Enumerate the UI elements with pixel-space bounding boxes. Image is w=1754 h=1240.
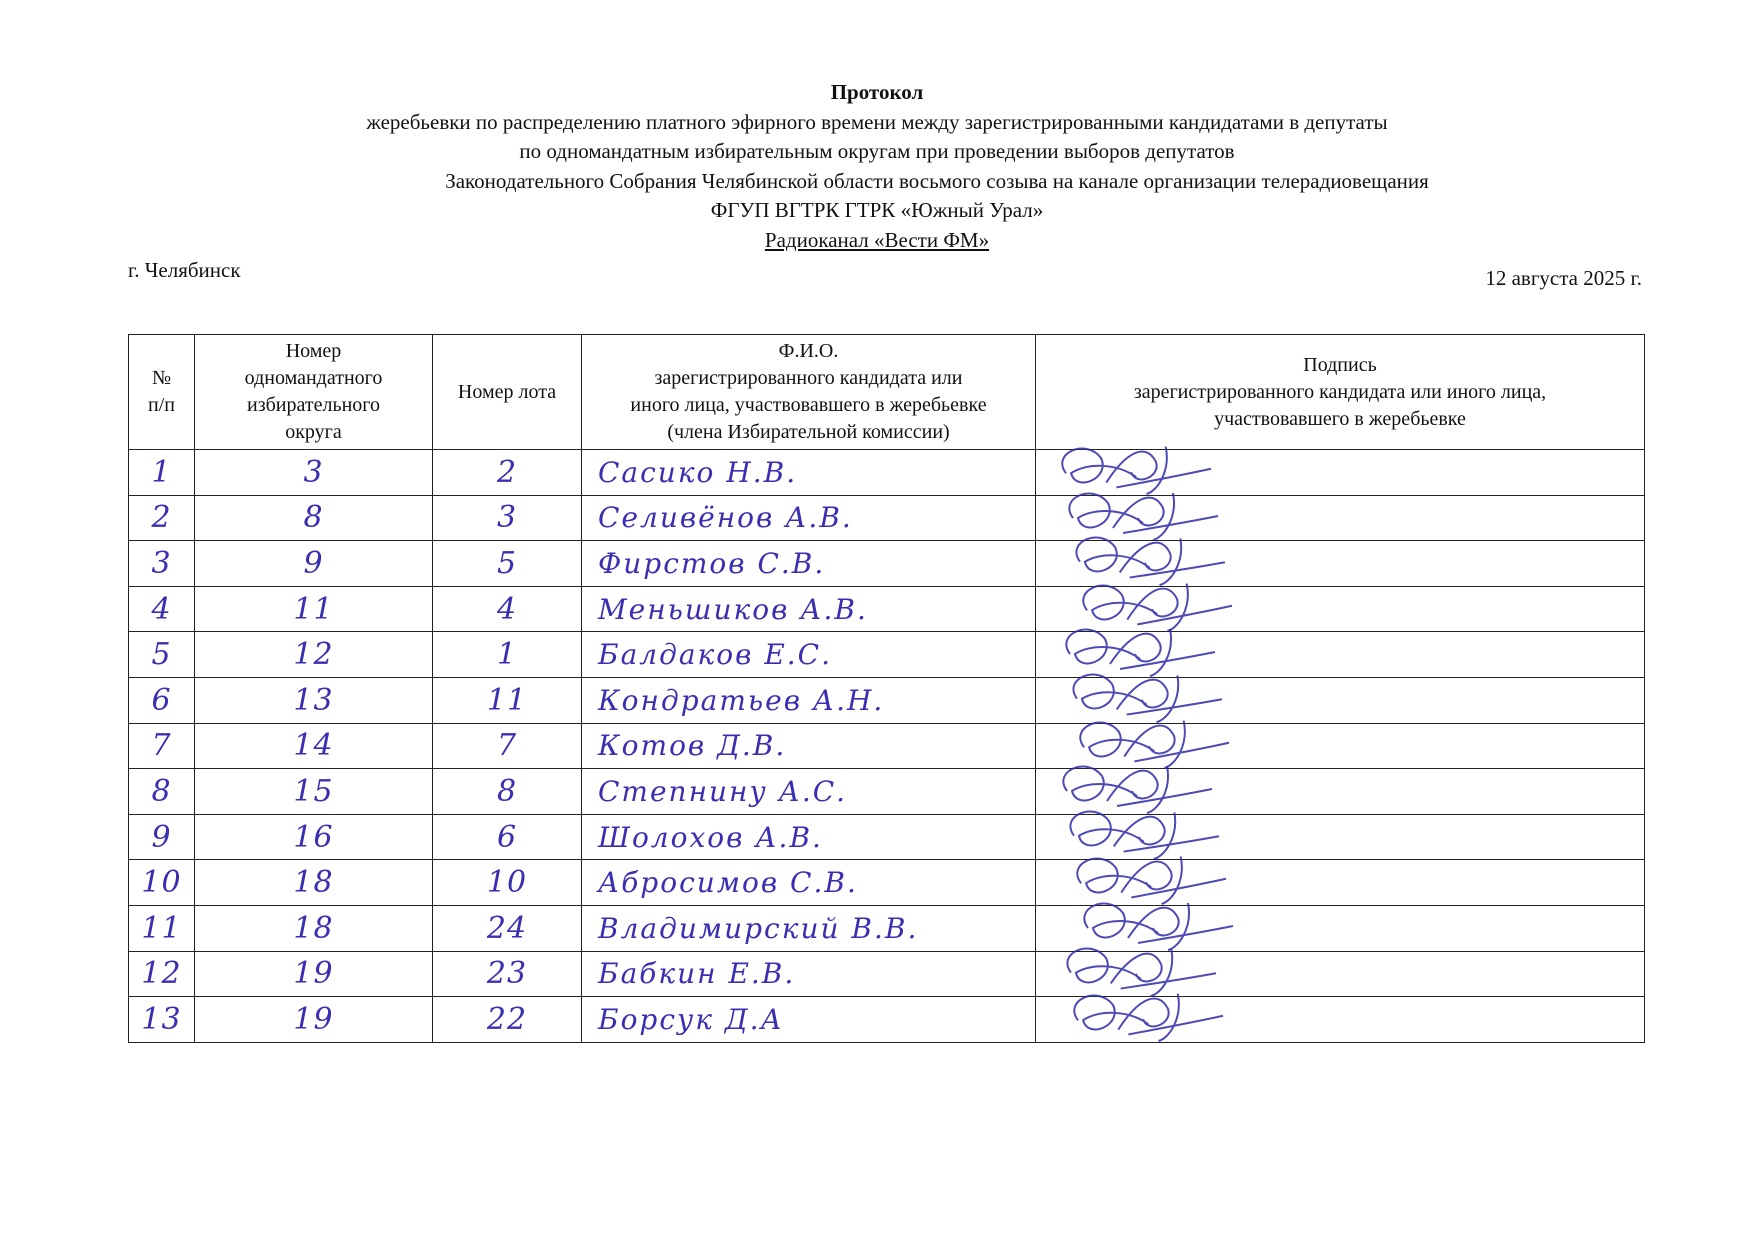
header-lot: Номер лота (433, 335, 582, 450)
row-fio: Шолохов А.В. (582, 814, 1036, 860)
header-district: Номеродномандатногоизбирательногоокруга (195, 335, 433, 450)
table-row: 4 11 4 Меньшиков А.В. (129, 586, 1645, 632)
header-fio: Ф.И.О.зарегистрированного кандидата илии… (582, 335, 1036, 450)
row-fio: Владимирский В.В. (582, 905, 1036, 951)
row-lot: 7 (433, 723, 582, 769)
table-row: 13 19 22 Борсук Д.А (129, 997, 1645, 1043)
row-lot: 3 (433, 495, 582, 541)
document-date: 12 августа 2025 г. (1485, 266, 1642, 291)
row-num: 13 (129, 997, 195, 1043)
row-lot: 11 (433, 677, 582, 723)
row-fio: Абросимов С.В. (582, 860, 1036, 906)
row-fio: Борсук Д.А (582, 997, 1036, 1043)
header-signature: Подписьзарегистрированного кандидата или… (1036, 335, 1645, 450)
row-district: 18 (195, 905, 433, 951)
row-signature (1036, 495, 1645, 541)
subtitle-line-2: по одномандатным избирательным округам п… (0, 137, 1754, 167)
row-lot: 23 (433, 951, 582, 997)
row-lot: 24 (433, 905, 582, 951)
row-fio: Балдаков Е.С. (582, 632, 1036, 678)
row-num: 8 (129, 769, 195, 815)
row-signature (1036, 586, 1645, 632)
channel-name: Радиоканал «Вести ФМ» (765, 228, 989, 252)
row-district: 13 (195, 677, 433, 723)
subtitle-line-1: жеребьевки по распределению платного эфи… (0, 108, 1754, 138)
row-fio: Селивёнов А.В. (582, 495, 1036, 541)
subtitle-line-4: ФГУП ВГТРК ГТРК «Южный Урал» (0, 196, 1754, 226)
row-lot: 5 (433, 541, 582, 587)
row-lot: 22 (433, 997, 582, 1043)
row-num: 12 (129, 951, 195, 997)
row-fio: Котов Д.В. (582, 723, 1036, 769)
header-num: №п/п (129, 335, 195, 450)
row-lot: 1 (433, 632, 582, 678)
row-lot: 8 (433, 769, 582, 815)
row-district: 8 (195, 495, 433, 541)
row-district: 9 (195, 541, 433, 587)
row-district: 12 (195, 632, 433, 678)
row-district: 3 (195, 450, 433, 496)
row-lot: 6 (433, 814, 582, 860)
table-row: 3 9 5 Фирстов С.В. (129, 541, 1645, 587)
row-fio: Бабкин Е.В. (582, 951, 1036, 997)
row-fio: Меньшиков А.В. (582, 586, 1036, 632)
table-row: 8 15 8 Степнину А.С. (129, 769, 1645, 815)
row-district: 11 (195, 586, 433, 632)
row-district: 19 (195, 951, 433, 997)
row-num: 11 (129, 905, 195, 951)
table-row: 1 3 2 Сасико Н.В. (129, 450, 1645, 496)
row-num: 3 (129, 541, 195, 587)
row-district: 19 (195, 997, 433, 1043)
table-row: 11 18 24 Владимирский В.В. (129, 905, 1645, 951)
row-num: 4 (129, 586, 195, 632)
row-num: 1 (129, 450, 195, 496)
row-signature (1036, 541, 1645, 587)
row-signature (1036, 997, 1645, 1043)
row-fio: Степнину А.С. (582, 769, 1036, 815)
row-lot: 4 (433, 586, 582, 632)
row-fio: Фирстов С.В. (582, 541, 1036, 587)
row-signature (1036, 723, 1645, 769)
table-row: 5 12 1 Балдаков Е.С. (129, 632, 1645, 678)
row-district: 15 (195, 769, 433, 815)
row-signature (1036, 632, 1645, 678)
row-lot: 10 (433, 860, 582, 906)
row-district: 18 (195, 860, 433, 906)
place: г. Челябинск (128, 258, 241, 283)
row-signature (1036, 905, 1645, 951)
draw-results-table: №п/п Номеродномандатногоизбирательногоок… (128, 334, 1645, 1043)
row-signature (1036, 814, 1645, 860)
table-header-row: №п/п Номеродномандатногоизбирательногоок… (129, 335, 1645, 450)
row-num: 10 (129, 860, 195, 906)
document-header: Протокол жеребьевки по распределению пла… (0, 78, 1754, 255)
table-row: 2 8 3 Селивёнов А.В. (129, 495, 1645, 541)
table-row: 10 18 10 Абросимов С.В. (129, 860, 1645, 906)
row-num: 6 (129, 677, 195, 723)
row-district: 14 (195, 723, 433, 769)
row-num: 9 (129, 814, 195, 860)
row-lot: 2 (433, 450, 582, 496)
table-row: 7 14 7 Котов Д.В. (129, 723, 1645, 769)
table-row: 6 13 11 Кондратьев А.Н. (129, 677, 1645, 723)
row-signature (1036, 951, 1645, 997)
table-row: 12 19 23 Бабкин Е.В. (129, 951, 1645, 997)
document-title: Протокол (0, 78, 1754, 108)
row-num: 2 (129, 495, 195, 541)
row-district: 16 (195, 814, 433, 860)
row-num: 7 (129, 723, 195, 769)
row-signature (1036, 769, 1645, 815)
row-signature (1036, 450, 1645, 496)
row-signature (1036, 860, 1645, 906)
row-signature (1036, 677, 1645, 723)
row-num: 5 (129, 632, 195, 678)
row-fio: Кондратьев А.Н. (582, 677, 1036, 723)
table-row: 9 16 6 Шолохов А.В. (129, 814, 1645, 860)
subtitle-line-3: Законодательного Собрания Челябинской об… (0, 167, 1754, 197)
row-fio: Сасико Н.В. (582, 450, 1036, 496)
